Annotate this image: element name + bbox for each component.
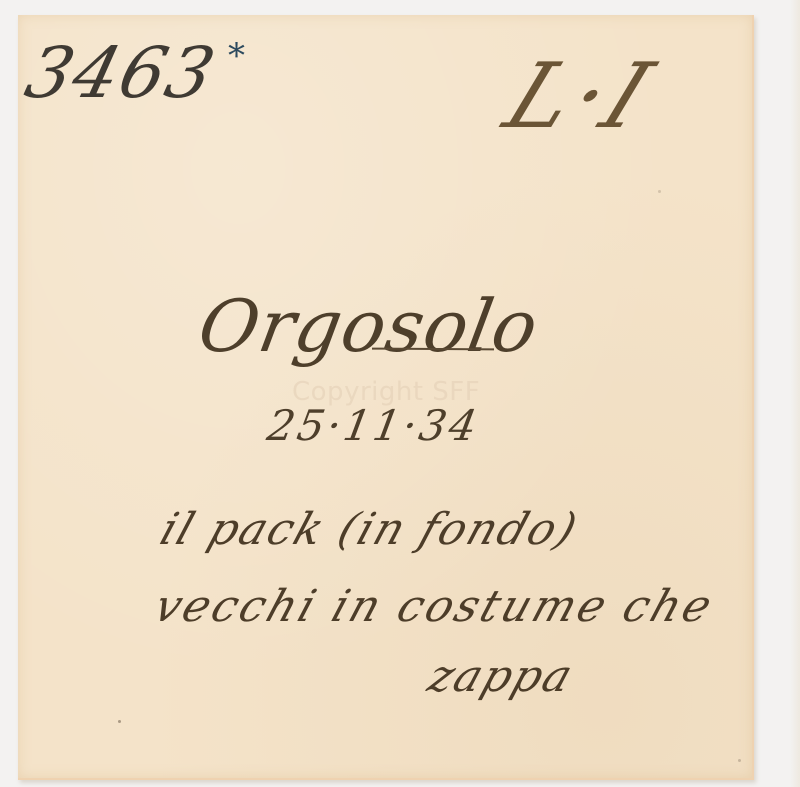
backdrop-edge (790, 0, 800, 787)
paper-speck (118, 720, 121, 723)
note-line: il pack (in fondo) (155, 508, 584, 552)
paper-speck (738, 759, 741, 762)
place-name: Orgosolo (194, 290, 544, 362)
star-mark-icon: * (228, 36, 245, 76)
paper-speck (658, 190, 661, 193)
note-line: vecchi in costume che (149, 585, 720, 629)
catalog-number: 3463 (19, 38, 223, 108)
note-line: zappa (423, 655, 579, 699)
date: 25·11·34 (264, 405, 482, 447)
